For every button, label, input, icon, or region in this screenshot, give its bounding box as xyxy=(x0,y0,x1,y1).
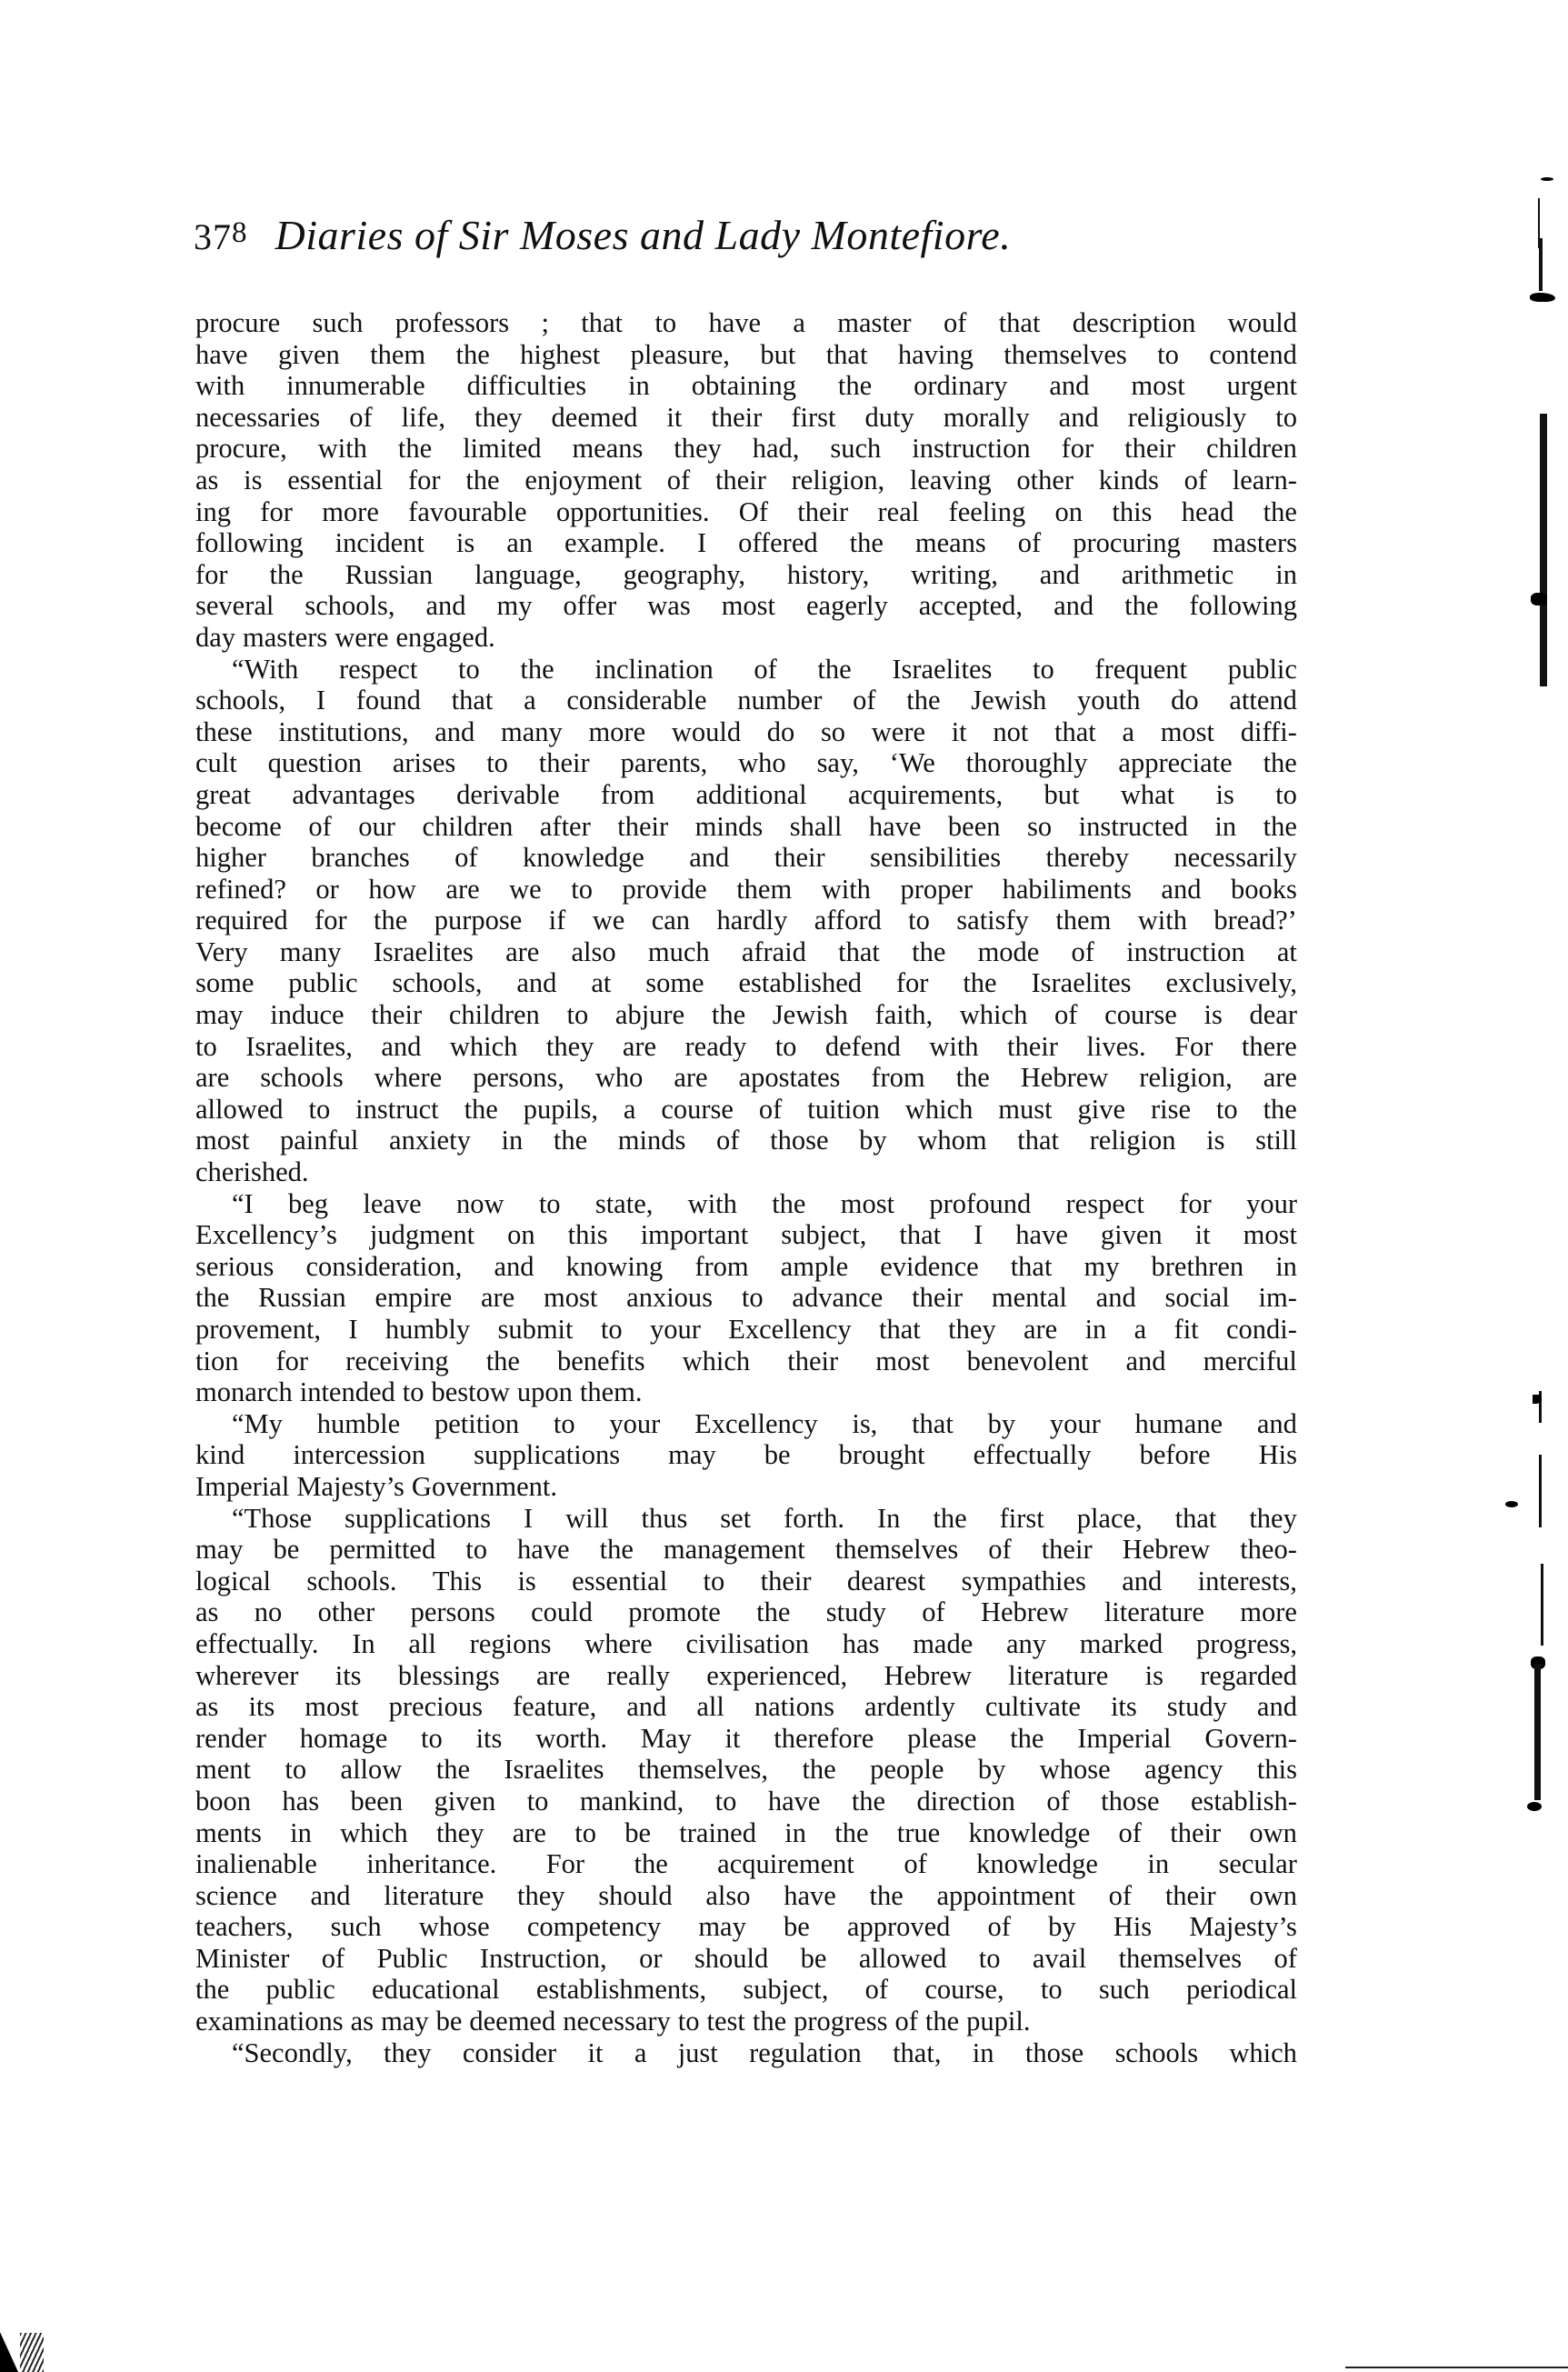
word: is xyxy=(1145,1660,1164,1692)
word: arises xyxy=(393,747,455,779)
word: nations xyxy=(754,1691,834,1723)
word: im- xyxy=(1259,1282,1297,1314)
word: is xyxy=(456,527,474,559)
running-head: 378 Diaries of Sir Moses and Lady Montef… xyxy=(194,211,1303,275)
margin-rule xyxy=(1539,238,1543,291)
word: had, xyxy=(753,433,800,465)
word: literature xyxy=(1008,1660,1108,1692)
word: in xyxy=(290,1817,312,1849)
word: of xyxy=(667,465,690,496)
word: geography, xyxy=(624,559,745,591)
word: sympathies xyxy=(962,1566,1086,1597)
word: whom xyxy=(917,1125,986,1156)
word: which xyxy=(683,1346,751,1377)
word: any xyxy=(1006,1628,1046,1660)
word: language, xyxy=(474,559,582,591)
word: in xyxy=(628,370,650,402)
word: of xyxy=(716,1125,739,1156)
word: of xyxy=(1273,1943,1296,1975)
word: that xyxy=(912,1408,954,1440)
word: be xyxy=(274,1534,300,1566)
text-line: asisessentialfortheenjoymentoftheirrelig… xyxy=(195,465,1297,496)
word: given xyxy=(434,1786,496,1817)
word: their xyxy=(617,811,668,843)
word: children xyxy=(449,999,540,1031)
word: is xyxy=(244,465,262,496)
word: respect xyxy=(339,654,417,686)
word: essential xyxy=(572,1566,667,1597)
word: their xyxy=(787,1346,838,1377)
word: study xyxy=(826,1596,886,1628)
word: on xyxy=(507,1219,535,1251)
word: ready xyxy=(685,1031,747,1063)
word: attend xyxy=(1229,685,1297,716)
word: are xyxy=(1263,1062,1297,1094)
word: that xyxy=(581,307,623,339)
word: defend xyxy=(825,1031,901,1063)
word: has xyxy=(282,1786,319,1817)
word: to xyxy=(775,1031,797,1063)
word: themselves xyxy=(1004,339,1127,371)
word: effectually. xyxy=(195,1628,318,1660)
word: ments xyxy=(195,1817,262,1849)
word: as xyxy=(351,2006,374,2037)
word: all xyxy=(408,1628,436,1660)
word: that xyxy=(899,1219,941,1251)
word: essential xyxy=(287,465,383,496)
word: obtaining xyxy=(692,370,796,402)
text-line: procuresuchprofessors;thattohaveamastero… xyxy=(195,307,1297,339)
word: schools xyxy=(260,1062,344,1094)
word: if xyxy=(549,905,566,936)
word: Hebrew xyxy=(1123,1534,1211,1566)
word: ‘We xyxy=(890,747,935,779)
text-line: seriousconsideration,andknowingfromample… xyxy=(195,1251,1297,1283)
word: master xyxy=(837,307,911,339)
word: Excellency xyxy=(694,1408,817,1440)
word: are xyxy=(445,874,479,906)
word: following xyxy=(1189,590,1297,622)
word: first xyxy=(1000,1503,1044,1535)
word: who xyxy=(595,1062,644,1094)
word: judgment xyxy=(370,1219,474,1251)
word: their xyxy=(797,496,848,528)
word: fit xyxy=(1174,1314,1199,1346)
scan-mark xyxy=(1527,1802,1542,1811)
word: the xyxy=(374,905,407,936)
word: are xyxy=(674,1062,707,1094)
word: mankind, xyxy=(580,1786,684,1817)
word: logical xyxy=(195,1566,271,1597)
word: intercession xyxy=(293,1439,425,1471)
word: by xyxy=(988,1408,1016,1440)
word: to xyxy=(486,747,508,779)
text-line: “Secondly,theyconsideritajustregulationt… xyxy=(195,2037,1297,2069)
text-line: schools,Ifoundthataconsiderablenumberoft… xyxy=(195,685,1297,716)
word: induce xyxy=(270,999,344,1031)
word: from xyxy=(694,1251,748,1283)
word: most xyxy=(722,590,775,622)
word: real xyxy=(878,496,920,528)
word: no xyxy=(255,1596,283,1628)
word: habiliments xyxy=(1003,874,1132,906)
page-number: 378 xyxy=(194,215,248,258)
word: intended xyxy=(300,1376,395,1408)
word: books xyxy=(1231,874,1297,906)
word: to xyxy=(308,1094,330,1126)
word: to xyxy=(1157,339,1179,371)
word: His xyxy=(1259,1439,1297,1471)
word: interests, xyxy=(1198,1566,1297,1597)
word: public xyxy=(1228,654,1297,686)
word: schools xyxy=(1115,2037,1199,2069)
word: found xyxy=(356,685,421,716)
word: them xyxy=(1055,905,1111,936)
word: Russian xyxy=(345,559,434,591)
word: educational xyxy=(372,1974,500,2006)
word: your xyxy=(1050,1408,1101,1440)
word: to xyxy=(566,999,588,1031)
word: their xyxy=(761,1566,812,1597)
word: required xyxy=(195,905,288,936)
word: For xyxy=(1174,1031,1213,1063)
word: own xyxy=(1249,1880,1297,1912)
word: most xyxy=(1131,370,1184,402)
word: and xyxy=(1054,590,1094,622)
word: been xyxy=(948,811,1001,843)
word: bestow xyxy=(431,1376,509,1408)
word: own xyxy=(1249,1817,1297,1849)
word: can xyxy=(652,905,690,936)
word: of xyxy=(454,842,477,874)
word: avail xyxy=(1033,1943,1086,1975)
word: that xyxy=(826,339,868,371)
word: were xyxy=(335,622,388,654)
word: such xyxy=(331,1911,382,1943)
word: their xyxy=(371,999,422,1031)
word: and xyxy=(1040,559,1080,591)
word: Govern- xyxy=(1204,1723,1297,1755)
word: the xyxy=(1263,811,1297,843)
word: I xyxy=(697,527,706,559)
word: “My xyxy=(232,1408,283,1440)
word: the xyxy=(464,1094,498,1126)
word: schools, xyxy=(392,967,482,999)
word: humble xyxy=(317,1408,401,1440)
word: with xyxy=(1138,905,1187,936)
word: your xyxy=(1246,1188,1297,1220)
word: minds xyxy=(695,811,764,843)
word: learn- xyxy=(1233,465,1297,496)
scan-mark xyxy=(1541,177,1553,181)
word: place, xyxy=(1077,1503,1143,1535)
word: the xyxy=(269,559,303,591)
word: established xyxy=(738,967,862,999)
word: the xyxy=(1263,747,1297,779)
word: Instruction, xyxy=(480,1943,607,1975)
word: considerable xyxy=(566,685,706,716)
word: Excellency’s xyxy=(195,1219,337,1251)
word: upon xyxy=(517,1376,573,1408)
word: many xyxy=(280,936,342,968)
word: their xyxy=(912,1282,963,1314)
word: proper xyxy=(900,874,973,906)
word: promote xyxy=(628,1596,721,1628)
text-line: logicalschools.Thisisessentialtotheirdea… xyxy=(195,1566,1297,1597)
word: thus xyxy=(641,1503,687,1535)
word: have xyxy=(768,1786,821,1817)
word: are xyxy=(623,1031,656,1063)
word: the xyxy=(772,1188,805,1220)
word: ; xyxy=(541,307,548,339)
word: supplications xyxy=(474,1439,620,1471)
word: and xyxy=(1059,402,1099,434)
word: these xyxy=(195,716,253,748)
word: most xyxy=(841,1188,894,1220)
word: that xyxy=(452,685,494,716)
word: is xyxy=(1206,1125,1224,1156)
word: incident xyxy=(335,527,424,559)
word: the xyxy=(802,1754,835,1786)
word: Israelites, xyxy=(245,1031,353,1063)
word: Of xyxy=(739,496,768,528)
word: of xyxy=(1018,527,1041,559)
word: blessings xyxy=(398,1660,500,1692)
word: duty xyxy=(865,402,914,434)
margin-rule xyxy=(1534,1664,1541,1800)
text-line: theseinstitutions,andmanymorewoulddosowe… xyxy=(195,716,1297,748)
word: which xyxy=(1229,2037,1297,2069)
word: true xyxy=(897,1817,940,1849)
word: necessaries xyxy=(195,402,320,434)
word: Minister xyxy=(195,1943,289,1975)
word: question xyxy=(268,747,362,779)
word: for xyxy=(276,1346,309,1377)
word: and xyxy=(1257,1408,1297,1440)
word: refined? xyxy=(195,874,286,906)
word: with xyxy=(318,433,367,465)
word: masters xyxy=(1213,527,1297,559)
word: pleasure, xyxy=(631,339,730,371)
text-line: asitsmostpreciousfeature,andallnationsar… xyxy=(195,1691,1297,1723)
word: acquirement xyxy=(717,1848,854,1880)
word: and xyxy=(626,1691,666,1723)
word: Jewish xyxy=(773,999,848,1031)
word: description xyxy=(1073,307,1196,339)
word: really xyxy=(606,1660,669,1692)
text-line: ImperialMajesty’sGovernment. xyxy=(195,1471,1297,1503)
word: the xyxy=(554,1125,587,1156)
word: for xyxy=(896,967,929,999)
word: afraid xyxy=(742,936,806,968)
word: for xyxy=(408,465,441,496)
word: dearest xyxy=(847,1566,925,1597)
word: were xyxy=(872,716,925,748)
word: other xyxy=(1016,465,1074,496)
word: are xyxy=(513,1817,546,1849)
word: all xyxy=(696,1691,724,1723)
word: Israelites xyxy=(504,1754,604,1786)
word: literature xyxy=(384,1880,484,1912)
word: This xyxy=(433,1566,482,1597)
word: the xyxy=(834,1817,868,1849)
text-line: monarchintendedtobestowuponthem. xyxy=(195,1376,1297,1408)
word: the xyxy=(436,1754,470,1786)
text-line: greatadvantagesderivablefromadditionalac… xyxy=(195,779,1297,811)
word: themselves xyxy=(835,1534,959,1566)
word: some xyxy=(195,967,254,999)
word: effectually xyxy=(974,1439,1092,1471)
word: are xyxy=(195,1062,229,1094)
word: agency xyxy=(1144,1754,1223,1786)
word: morally xyxy=(944,402,1030,434)
word: great xyxy=(195,779,251,811)
word: ing xyxy=(195,496,231,528)
word: receiving xyxy=(345,1346,448,1377)
word: themselves, xyxy=(638,1754,768,1786)
word: was xyxy=(647,590,690,622)
word: now xyxy=(456,1188,504,1220)
word: a xyxy=(793,307,805,339)
page-number-main: 37 xyxy=(194,216,232,257)
word: are xyxy=(536,1660,570,1692)
word: on xyxy=(1055,496,1084,528)
word: innumerable xyxy=(286,370,424,402)
text-line: somepublicschools,andatsomeestablishedfo… xyxy=(195,967,1297,999)
word: this xyxy=(568,1219,608,1251)
word: allow xyxy=(341,1754,403,1786)
word: worth. xyxy=(535,1723,607,1755)
word: to xyxy=(539,1188,561,1220)
word: Russian xyxy=(258,1282,346,1314)
word: may xyxy=(381,2006,429,2037)
margin-rule xyxy=(1539,1455,1542,1527)
word: provement, xyxy=(195,1314,321,1346)
word: their xyxy=(1170,1817,1221,1849)
word: homage xyxy=(300,1723,388,1755)
text-line: inalienableinheritance.Fortheacquirement… xyxy=(195,1848,1297,1880)
word: acquirements, xyxy=(848,779,1003,811)
word: is xyxy=(1203,999,1222,1031)
word: In xyxy=(352,1628,375,1660)
word: forth. xyxy=(784,1503,844,1535)
word: periodical xyxy=(1186,1974,1297,2006)
word: science xyxy=(195,1880,277,1912)
word: appointment xyxy=(936,1880,1074,1912)
word: of xyxy=(1046,1786,1069,1817)
word: kind xyxy=(195,1439,245,1471)
word: to xyxy=(574,1817,596,1849)
word: the xyxy=(712,999,745,1031)
word: the xyxy=(600,1534,634,1566)
word: Imperial xyxy=(195,1471,289,1503)
word: of xyxy=(1072,936,1094,968)
word: and xyxy=(1122,1566,1162,1597)
word: exclusively, xyxy=(1165,967,1297,999)
word: the xyxy=(465,465,499,496)
word: the xyxy=(869,1880,903,1912)
word: marked xyxy=(1080,1628,1163,1660)
word: inheritance. xyxy=(366,1848,496,1880)
text-line: “ThosesupplicationsIwillthussetforth.Int… xyxy=(195,1503,1297,1535)
word: advance xyxy=(792,1282,883,1314)
word: of xyxy=(904,1848,926,1880)
word: anxious xyxy=(626,1282,713,1314)
word: religion xyxy=(1090,1125,1176,1156)
word: of xyxy=(759,1094,782,1126)
word: to xyxy=(704,1566,725,1597)
word: higher xyxy=(195,842,266,874)
text-line: examinationsasmaybedeemednecessarytotest… xyxy=(195,2006,1297,2037)
word: do xyxy=(1171,685,1199,716)
word: mental xyxy=(992,1282,1067,1314)
word: most xyxy=(875,1346,929,1377)
word: how xyxy=(368,874,416,906)
scan-corner-noise xyxy=(20,2333,44,2372)
word: my xyxy=(1084,1251,1119,1283)
word: and xyxy=(434,716,474,748)
word: its xyxy=(335,1660,362,1692)
word: Hebrew xyxy=(981,1596,1069,1628)
word: to xyxy=(554,1408,575,1440)
word: diffi- xyxy=(1241,716,1297,748)
word: inalienable xyxy=(195,1848,317,1880)
word: that xyxy=(1011,1251,1053,1283)
word: their xyxy=(774,842,825,874)
word: the xyxy=(817,654,851,686)
word: and xyxy=(494,1251,534,1283)
word: the xyxy=(756,1596,790,1628)
word: Imperial xyxy=(1077,1723,1171,1755)
word: with xyxy=(822,874,871,906)
word: Government. xyxy=(412,1471,557,1503)
word: theo- xyxy=(1240,1534,1297,1566)
text-line: havegiventhemthehighestpleasure,butthath… xyxy=(195,339,1297,371)
word: to xyxy=(654,307,676,339)
text-line: cultquestionarisestotheirparents,whosay,… xyxy=(195,747,1297,779)
word: Israelites xyxy=(1031,967,1131,999)
word: their xyxy=(715,465,766,496)
word: the xyxy=(1263,496,1297,528)
word: as xyxy=(195,1691,218,1723)
word: such xyxy=(1099,1974,1150,2006)
word: a xyxy=(624,1094,636,1126)
word: by xyxy=(1048,1911,1076,1943)
word: and xyxy=(426,590,466,622)
word: pupils, xyxy=(524,1094,598,1126)
word: supplications xyxy=(345,1503,491,1535)
word: course xyxy=(661,1094,734,1126)
word: persons xyxy=(411,1596,495,1628)
word: satisfy xyxy=(956,905,1029,936)
word: His xyxy=(1114,1911,1152,1943)
word: and xyxy=(1257,1691,1297,1723)
word: to xyxy=(1216,1094,1238,1126)
word: to xyxy=(403,1376,424,1408)
word: history, xyxy=(787,559,869,591)
word: of xyxy=(754,654,776,686)
word: brought xyxy=(839,1439,925,1471)
word: in xyxy=(1275,1251,1297,1283)
word: regarded xyxy=(1200,1660,1297,1692)
word: the xyxy=(753,2006,786,2037)
word: persons, xyxy=(473,1062,564,1094)
word: institutions, xyxy=(278,716,408,748)
word: that xyxy=(1175,1503,1217,1535)
word: they xyxy=(546,1031,594,1063)
word: just xyxy=(678,2037,718,2069)
word: the xyxy=(195,1974,229,2006)
